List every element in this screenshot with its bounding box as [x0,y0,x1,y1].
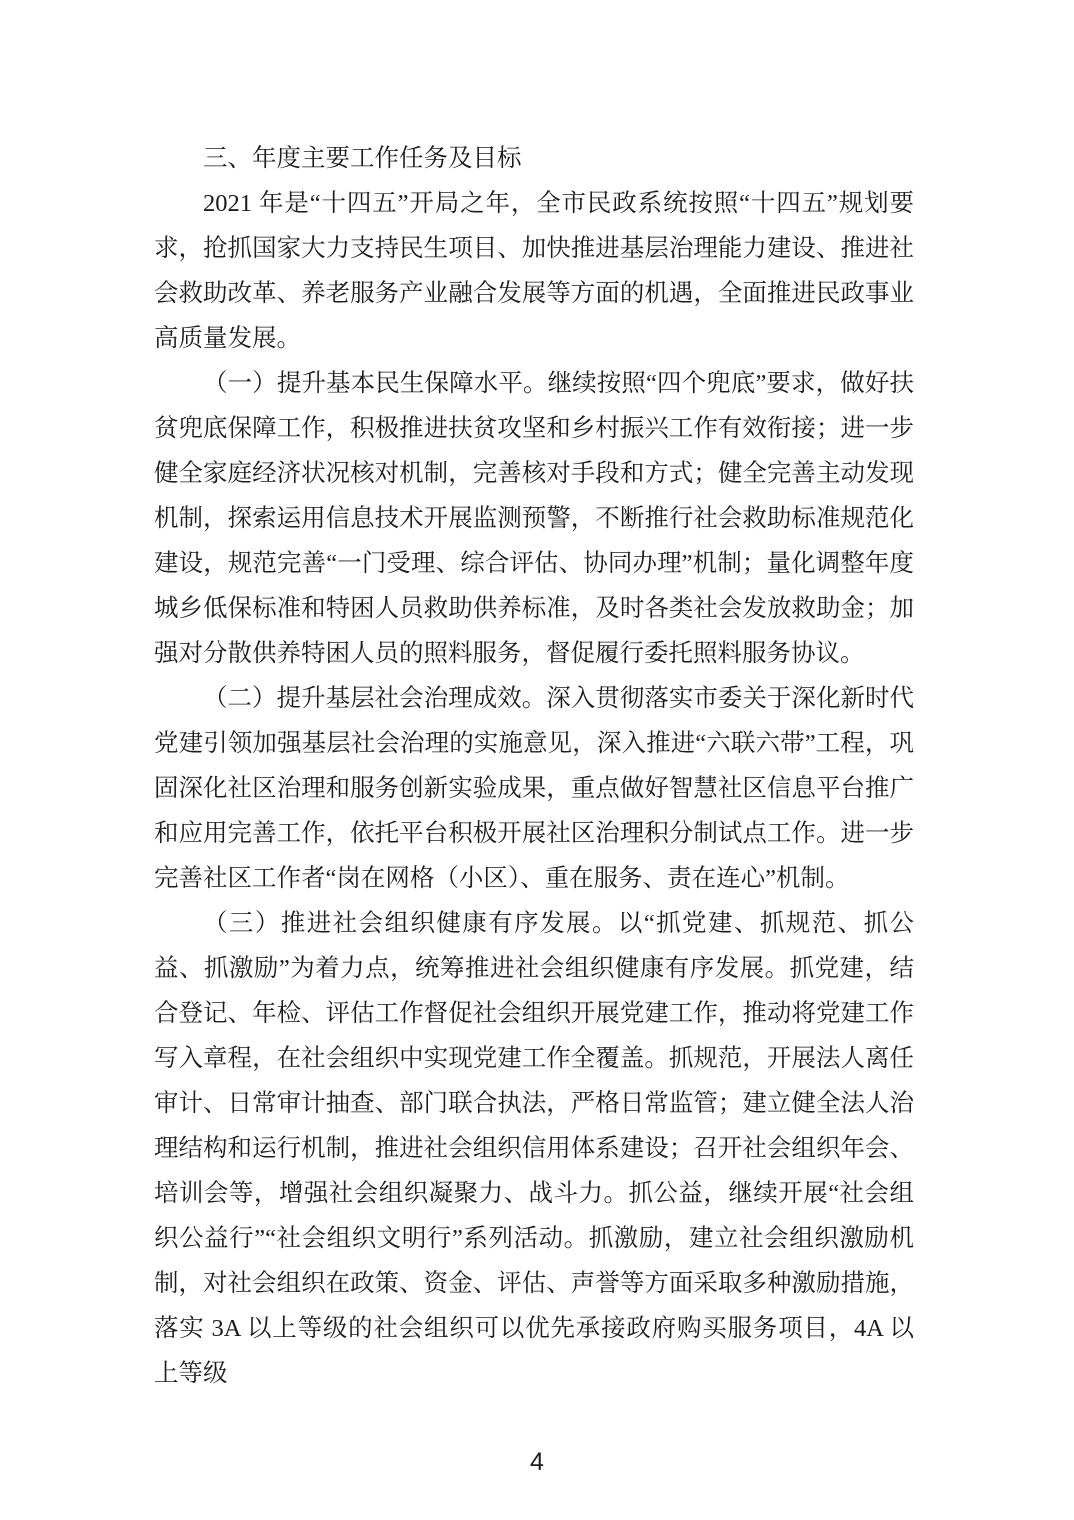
page-number: 4 [0,1446,1074,1478]
document-page: 三、年度主要工作任务及目标 2021 年是“十四五”开局之年，全市民政系统按照“… [0,0,1074,1520]
section-heading: 三、年度主要工作任务及目标 [154,136,914,181]
paragraph-item-2: （二）提升基层社会治理成效。深入贯彻落实市委关于深化新时代党建引领加强基层社会治… [154,676,914,901]
paragraph-intro: 2021 年是“十四五”开局之年，全市民政系统按照“十四五”规划要求，抢抓国家大… [154,181,914,361]
paragraph-item-3: （三）推进社会组织健康有序发展。以“抓党建、抓规范、抓公益、抓激励”为着力点，统… [154,901,914,1396]
document-body: 三、年度主要工作任务及目标 2021 年是“十四五”开局之年，全市民政系统按照“… [154,136,914,1396]
paragraph-item-1: （一）提升基本民生保障水平。继续按照“四个兜底”要求，做好扶贫兜底保障工作，积极… [154,361,914,676]
